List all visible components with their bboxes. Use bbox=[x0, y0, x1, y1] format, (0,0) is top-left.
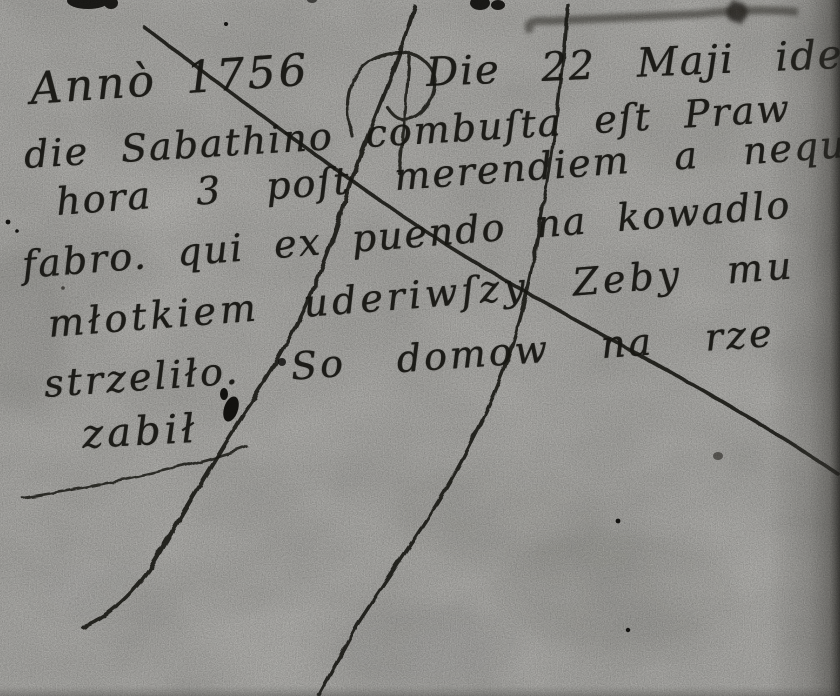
manuscript-page: Annò 1756 Die 22 Maji ide die Sabathino … bbox=[0, 0, 840, 696]
manuscript-text: Annò 1756 Die 22 Maji ide die Sabathino … bbox=[0, 0, 840, 696]
text-line-anno-1756: Annò 1756 bbox=[28, 45, 311, 115]
text-line-zabil: zabił bbox=[81, 406, 200, 458]
